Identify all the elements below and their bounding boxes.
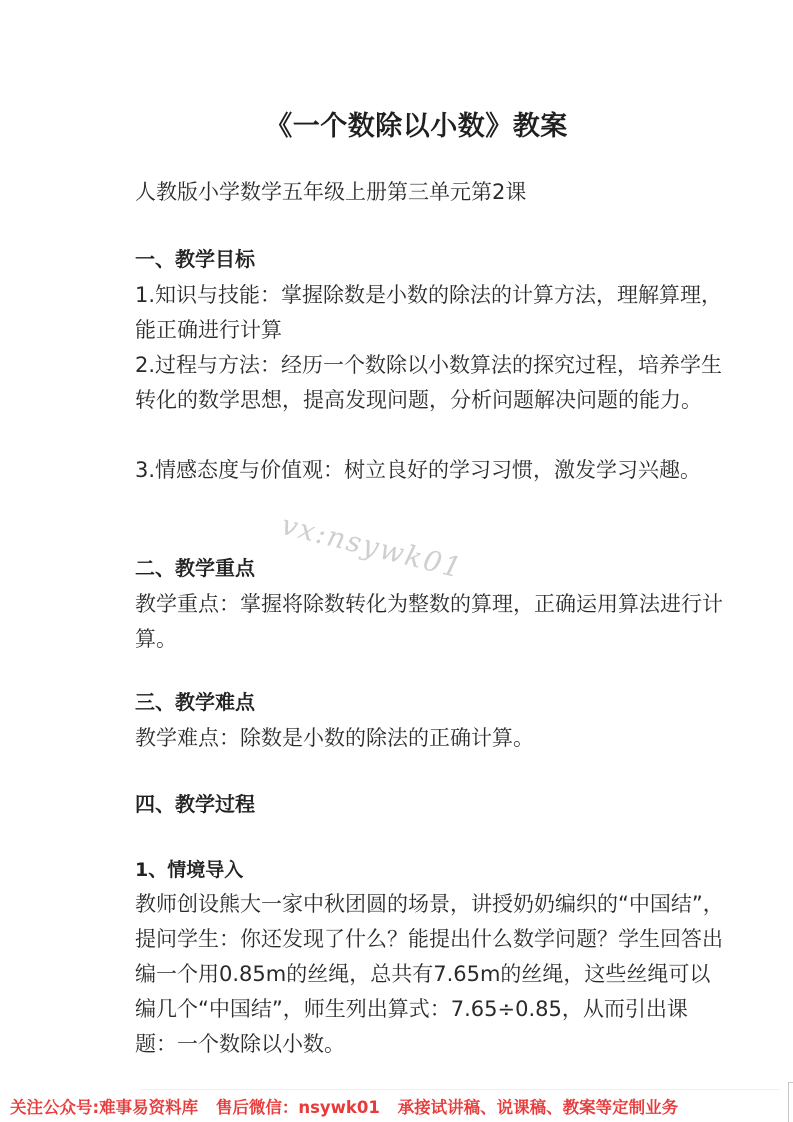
intro-paragraph: 教师创设熊大一家中秋团圆的场景，讲授奶奶编织的“中国结”，提问学生：你还发现了什… xyxy=(135,887,725,1062)
document-subtitle: 人教版小学数学五年级上册第三单元第2课 xyxy=(135,176,526,206)
document-title: 《一个数除以小数》教案 xyxy=(0,104,793,143)
key-points-paragraph: 教学重点：掌握将除数转化为整数的算理，正确运用算法进行计算。 xyxy=(135,587,725,657)
subsection-heading-intro: 1、情境导入 xyxy=(135,855,243,882)
footer-wechat: 售后微信：nsywk01 xyxy=(216,1098,380,1117)
page-edge-mark xyxy=(788,1082,793,1122)
difficulties-paragraph: 教学难点：除数是小数的除法的正确计算。 xyxy=(135,721,725,756)
section-heading-difficulties: 三、教学难点 xyxy=(135,686,255,715)
objective-knowledge-paragraph: 1.知识与技能：掌握除数是小数的除法的计算方法，理解算理，能正确进行计算 xyxy=(135,278,725,348)
watermark-text: vx:nsywk01 xyxy=(278,508,466,585)
section-heading-process: 四、教学过程 xyxy=(135,788,255,817)
footer-banner: 关注公众号:难事易资料库 售后微信：nsywk01 承接试讲稿、说课稿、教案等定… xyxy=(0,1094,793,1118)
objective-attitude-paragraph: 3.情感态度与价值观：树立良好的学习习惯，激发学习兴趣。 xyxy=(135,453,725,488)
footer-services: 承接试讲稿、说课稿、教案等定制业务 xyxy=(398,1098,679,1117)
section-heading-objectives: 一、教学目标 xyxy=(135,243,255,272)
footer-divider xyxy=(140,1089,780,1090)
document-page: 《一个数除以小数》教案 人教版小学数学五年级上册第三单元第2课 一、教学目标 1… xyxy=(0,0,793,1122)
objective-process-paragraph: 2.过程与方法：经历一个数除以小数算法的探究过程，培养学生转化的数学思想，提高发… xyxy=(135,348,725,418)
section-heading-key-points: 二、教学重点 xyxy=(135,552,255,581)
footer-account: 关注公众号:难事易资料库 xyxy=(10,1098,198,1117)
